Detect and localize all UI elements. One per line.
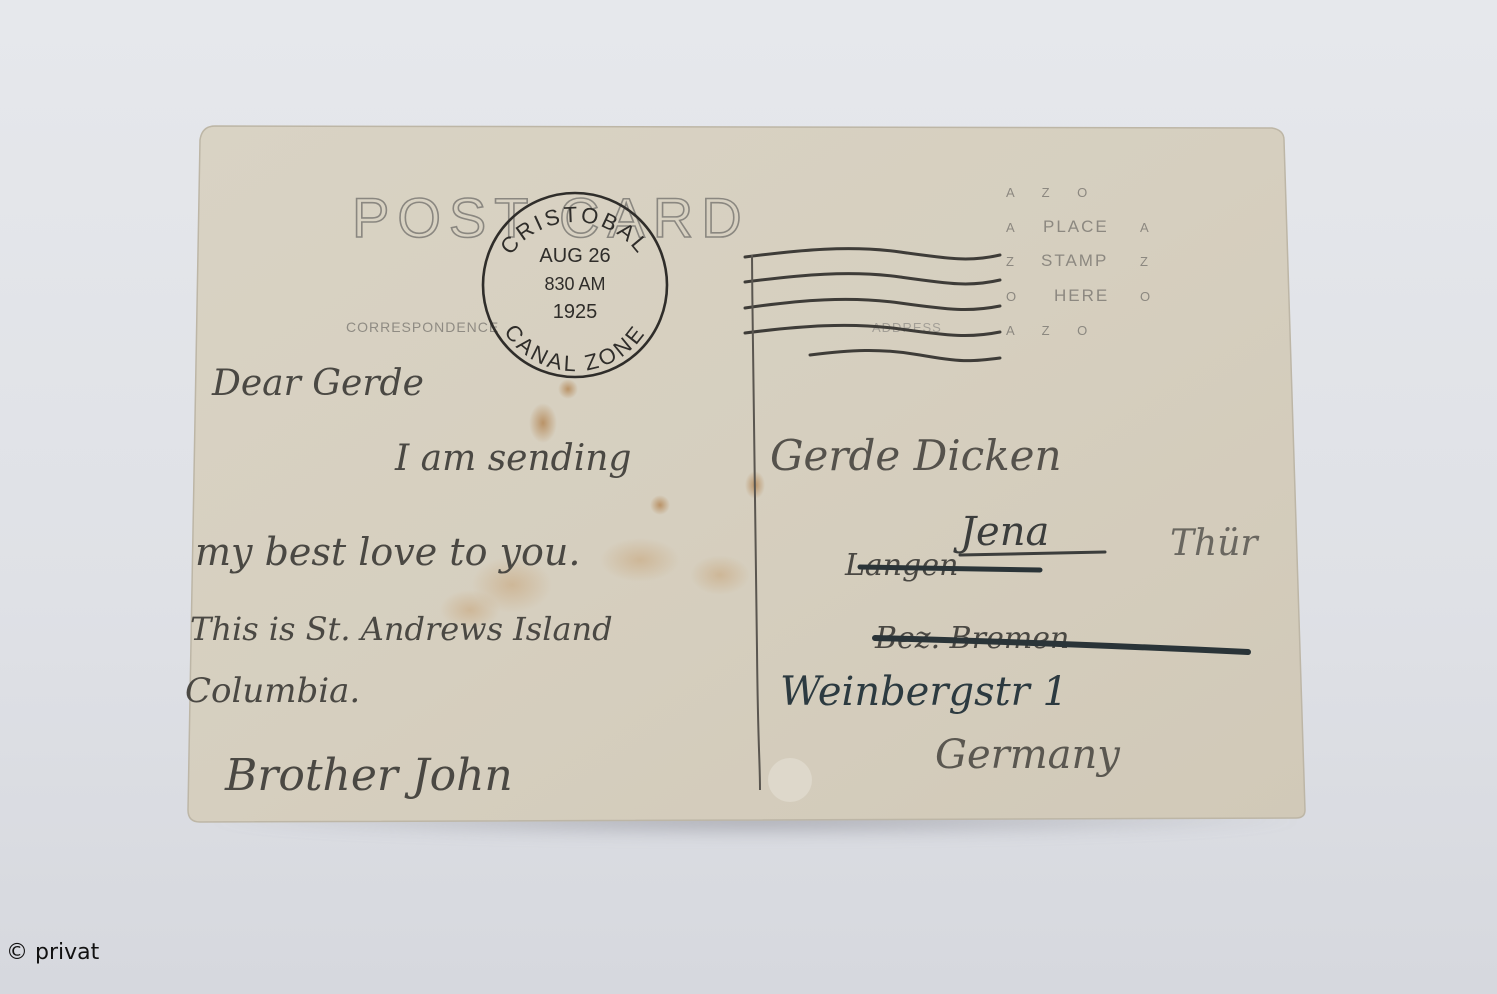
message-line-3: This is St. Andrews Island [190,610,613,648]
copyright-caption: © privat [6,940,99,965]
svg-text:A Z O: A Z O [1006,323,1099,338]
message-line-2: my best love to you. [195,530,580,574]
address-street: Weinbergstr 1 [780,669,1068,715]
address-region: Thür [1170,523,1259,564]
svg-text:Z: Z [1006,254,1014,269]
correspondence-label: CORRESPONDENCE [346,319,499,335]
svg-text:STAMP: STAMP [1041,251,1108,270]
address-name: Gerde Dicken [770,431,1062,480]
svg-text:Z: Z [1140,254,1148,269]
svg-text:HERE: HERE [1054,286,1109,305]
message-line-4: Columbia. [185,671,360,711]
svg-text:PLACE: PLACE [1043,217,1109,236]
svg-text:A Z O: A Z O [1006,185,1099,200]
svg-text:A: A [1006,220,1015,235]
address-country: Germany [935,732,1121,778]
svg-text:O: O [1006,289,1016,304]
signature: Brother John [224,750,513,801]
greeting: Dear Gerde [211,363,424,404]
svg-text:1925: 1925 [553,301,598,323]
svg-text:AUG 26: AUG 26 [539,245,610,267]
message-line-1: I am sending [394,438,631,479]
svg-text:O: O [1140,289,1150,304]
postcard: POST CARD CORRESPONDENCE ADDRESS A Z O P… [0,0,1497,994]
address-city: Jena [953,509,1049,555]
svg-text:A: A [1140,220,1149,235]
svg-text:830 AM: 830 AM [544,274,605,294]
